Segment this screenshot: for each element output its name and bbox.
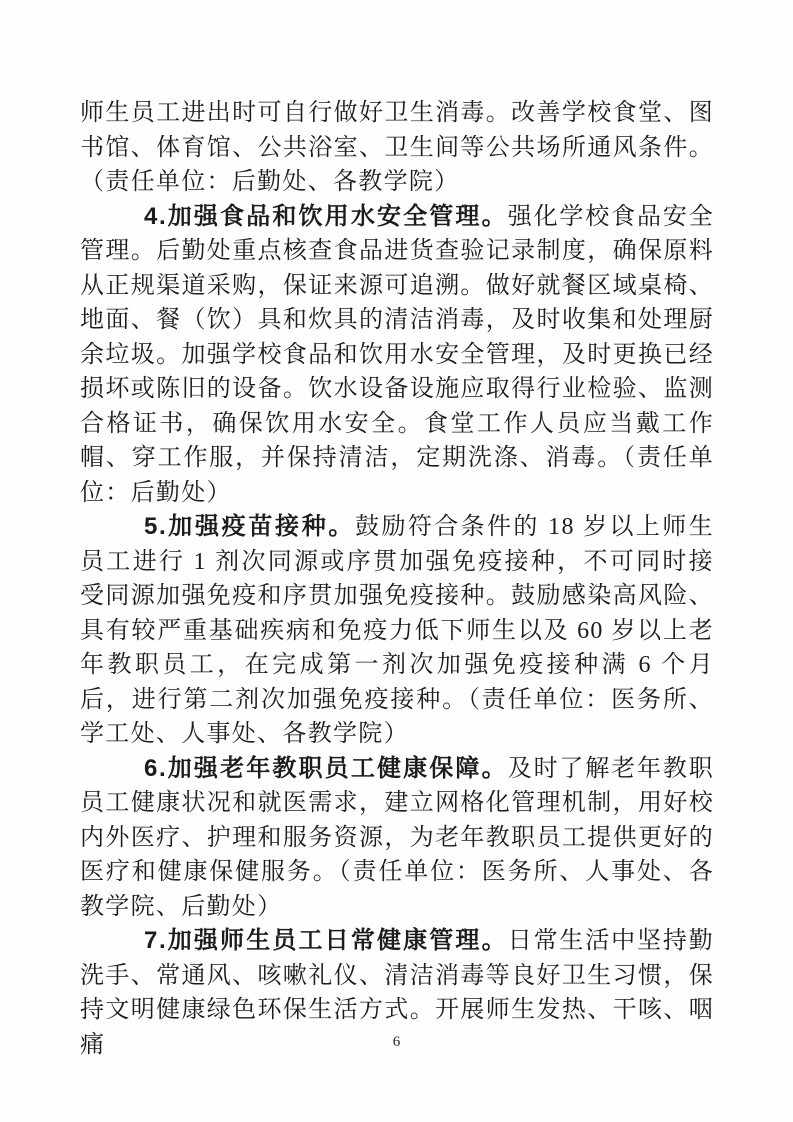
paragraph-section-4: 4.加强食品和饮用水安全管理。强化学校食品安全管理。后勤处重点核查食品进货查验记…: [80, 200, 714, 511]
paragraph-section-6: 6.加强老年教职员工健康保障。及时了解老年教职员工健康状况和就医需求，建立网格化…: [80, 752, 714, 925]
section-5-heading: 5.加强疫苗接种。: [144, 513, 355, 540]
document-body: 师生员工进出时可自行做好卫生消毒。改善学校食堂、图书馆、体育馆、公共浴室、卫生间…: [80, 96, 714, 1062]
paragraph-continuation-text: 师生员工进出时可自行做好卫生消毒。改善学校食堂、图书馆、体育馆、公共浴室、卫生间…: [80, 100, 714, 195]
section-6-heading: 6.加强老年教职员工健康保障。: [144, 755, 508, 782]
section-4-body: 强化学校食品安全管理。后勤处重点核查食品进货查验记录制度，确保原料从正规渠道采购…: [80, 204, 714, 506]
document-page: 师生员工进出时可自行做好卫生消毒。改善学校食堂、图书馆、体育馆、公共浴室、卫生间…: [0, 0, 793, 1122]
page-number: 6: [0, 1034, 793, 1051]
section-7-heading: 7.加强师生员工日常健康管理。: [144, 927, 508, 954]
section-4-heading: 4.加强食品和饮用水安全管理。: [144, 203, 508, 230]
paragraph-continuation: 师生员工进出时可自行做好卫生消毒。改善学校食堂、图书馆、体育馆、公共浴室、卫生间…: [80, 96, 714, 200]
section-5-body: 鼓励符合条件的 18 岁以上师生员工进行 1 剂次同源或序贯加强免疫接种，不可同…: [80, 514, 714, 747]
paragraph-section-5: 5.加强疫苗接种。鼓励符合条件的 18 岁以上师生员工进行 1 剂次同源或序贯加…: [80, 510, 714, 752]
